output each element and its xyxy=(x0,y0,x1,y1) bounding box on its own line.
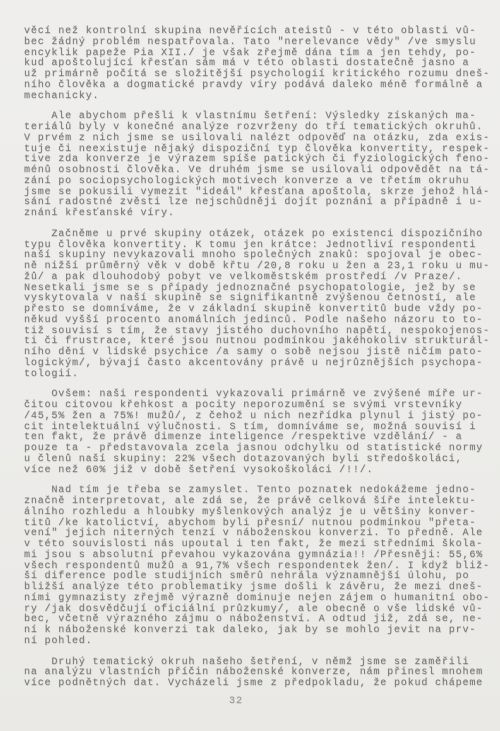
paragraph: věcí než kontrolní skupina nevěřících at… xyxy=(24,27,482,102)
document-page: věcí než kontrolní skupina nevěřících at… xyxy=(0,0,500,731)
paragraph: Druhý tematický okruh našeho šetření, v … xyxy=(24,658,482,690)
document-text: věcí než kontrolní skupina nevěřících at… xyxy=(24,27,482,690)
paragraph: Ale abychom přešli k vlastnímu šetření: … xyxy=(24,112,482,220)
paragraph: Nad tím je třeba se zamyslet. Tento pozn… xyxy=(24,486,482,647)
paragraph: Ovšem: naši respondenti vykazovali primá… xyxy=(24,390,482,476)
paragraph: Začněme u prvé skupiny otázek, otázek po… xyxy=(24,230,482,381)
page-number: 32 xyxy=(0,696,472,707)
